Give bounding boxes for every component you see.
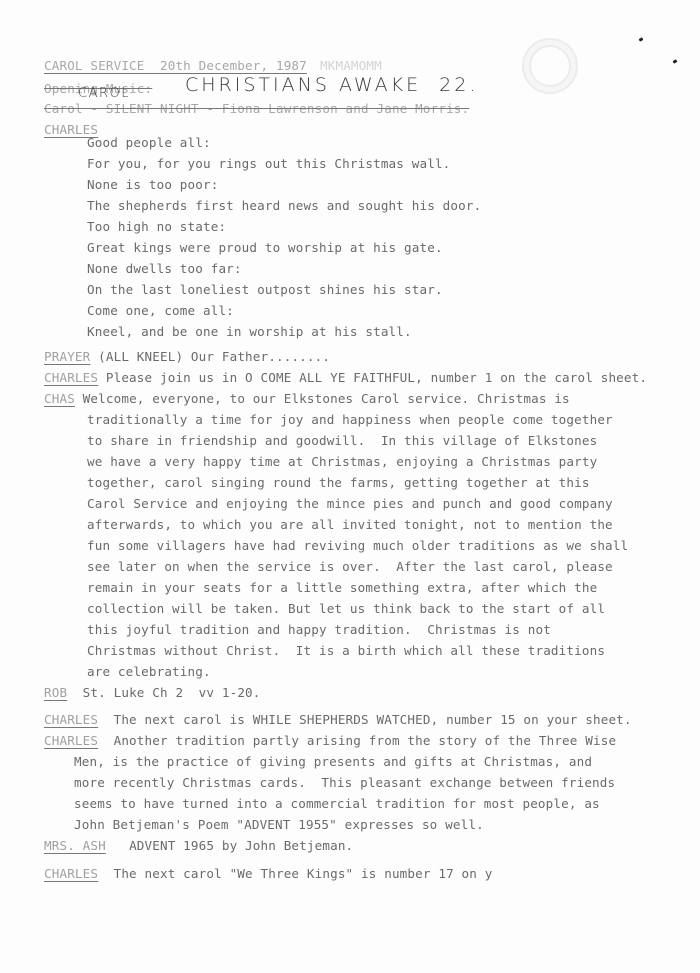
- speaker-label: CHARLES: [44, 712, 98, 727]
- body-line: Christmas without Christ. It is a birth …: [87, 643, 605, 659]
- entry-text: ADVENT 1965 by John Betjeman.: [129, 838, 353, 853]
- typewritten-page: CAROL SERVICE 20th December, 1987 MKMAMO…: [0, 0, 700, 973]
- poem-line: Too high no state:: [87, 219, 226, 235]
- body-line: see later on when the service is over. A…: [87, 559, 613, 575]
- poem-line: Kneel, and be one in worship at his stal…: [87, 324, 412, 340]
- body-line: traditionally a time for joy and happine…: [87, 412, 613, 428]
- prayer-entry: PRAYER (ALL KNEEL) Our Father........: [44, 349, 330, 365]
- poem-line: On the last loneliest outpost shines his…: [87, 282, 443, 298]
- speaker-label: MRS. ASH: [44, 838, 106, 853]
- script-entry: CHARLES The next carol "We Three Kings" …: [44, 866, 492, 882]
- body-line: Carol Service and enjoying the mince pie…: [87, 496, 613, 512]
- entry-text: The next carol "We Three Kings" is numbe…: [114, 866, 493, 881]
- body-line: we have a very happy time at Christmas, …: [87, 454, 597, 470]
- handwritten-carol-title: CHRISTIANS AWAKE 22.: [185, 74, 478, 96]
- speaker-label: ROB: [44, 685, 67, 700]
- entry-text: Please join us in O COME ALL YE FAITHFUL…: [106, 370, 647, 385]
- reading-entry: ROB St. Luke Ch 2 vv 1-20.: [44, 685, 261, 701]
- ink-speck: [673, 59, 678, 64]
- poem-line: The shepherds first heard news and sough…: [87, 198, 481, 214]
- document-header: CAROL SERVICE 20th December, 1987: [44, 58, 307, 74]
- script-entry: CHARLES Please join us in O COME ALL YE …: [44, 370, 647, 386]
- body-line: seems to have turned into a commercial t…: [74, 796, 600, 812]
- header-overtype: MKMAMOMM: [320, 58, 382, 74]
- poem-line: Come one, come all:: [87, 303, 234, 319]
- poem-line: Good people all:: [87, 135, 211, 151]
- body-line: collection will be taken. But let us thi…: [87, 601, 605, 617]
- struck-silent-night: Carol - SILENT NIGHT - Fiona Lawrenson a…: [44, 101, 469, 117]
- entry-text: The next carol is WHILE SHEPHERDS WATCHE…: [114, 712, 632, 727]
- speaker-label: CHARLES: [44, 370, 98, 385]
- poem-line: None dwells too far:: [87, 261, 242, 277]
- body-line: John Betjeman's Poem "ADVENT 1955" expre…: [74, 817, 484, 833]
- ink-speck: [639, 37, 644, 42]
- faded-stamp: [522, 38, 578, 94]
- speaker-label: CHARLES: [44, 733, 98, 748]
- poem-line: Great kings were proud to worship at his…: [87, 240, 443, 256]
- entry-text: Another tradition partly arising from th…: [114, 733, 617, 748]
- body-line: this joyful tradition and happy traditio…: [87, 622, 551, 638]
- poem-reading-entry: MRS. ASH ADVENT 1965 by John Betjeman.: [44, 838, 353, 854]
- script-entry: CHARLES Another tradition partly arising…: [44, 733, 616, 749]
- speaker-label: CHAS: [44, 391, 75, 406]
- body-line: Men, is the practice of giving presents …: [74, 754, 592, 770]
- body-line: afterwards, to which you are all invited…: [87, 517, 613, 533]
- script-entry: CHARLES The next carol is WHILE SHEPHERD…: [44, 712, 632, 728]
- body-line: are celebrating.: [87, 664, 211, 680]
- body-line: together, carol singing round the farms,…: [87, 475, 590, 491]
- speaker-label: PRAYER: [44, 349, 90, 364]
- script-entry: CHAS Welcome, everyone, to our Elkstones…: [44, 391, 570, 407]
- body-line: remain in your seats for a little someth…: [87, 580, 597, 596]
- entry-text: Welcome, everyone, to our Elkstones Caro…: [83, 391, 570, 406]
- speaker-label: CHARLES: [44, 866, 98, 881]
- prayer-text: (ALL KNEEL) Our Father........: [90, 349, 330, 364]
- poem-line: None is too poor:: [87, 177, 218, 193]
- body-line: to share in friendship and goodwill. In …: [87, 433, 597, 449]
- poem-line: For you, for you rings out this Christma…: [87, 156, 450, 172]
- entry-text: St. Luke Ch 2 vv 1-20.: [83, 685, 261, 700]
- handwritten-carol-label: CAROL: [78, 86, 130, 101]
- body-line: fun some villagers have had reviving muc…: [87, 538, 628, 554]
- body-line: more recently Christmas cards. This plea…: [74, 775, 615, 791]
